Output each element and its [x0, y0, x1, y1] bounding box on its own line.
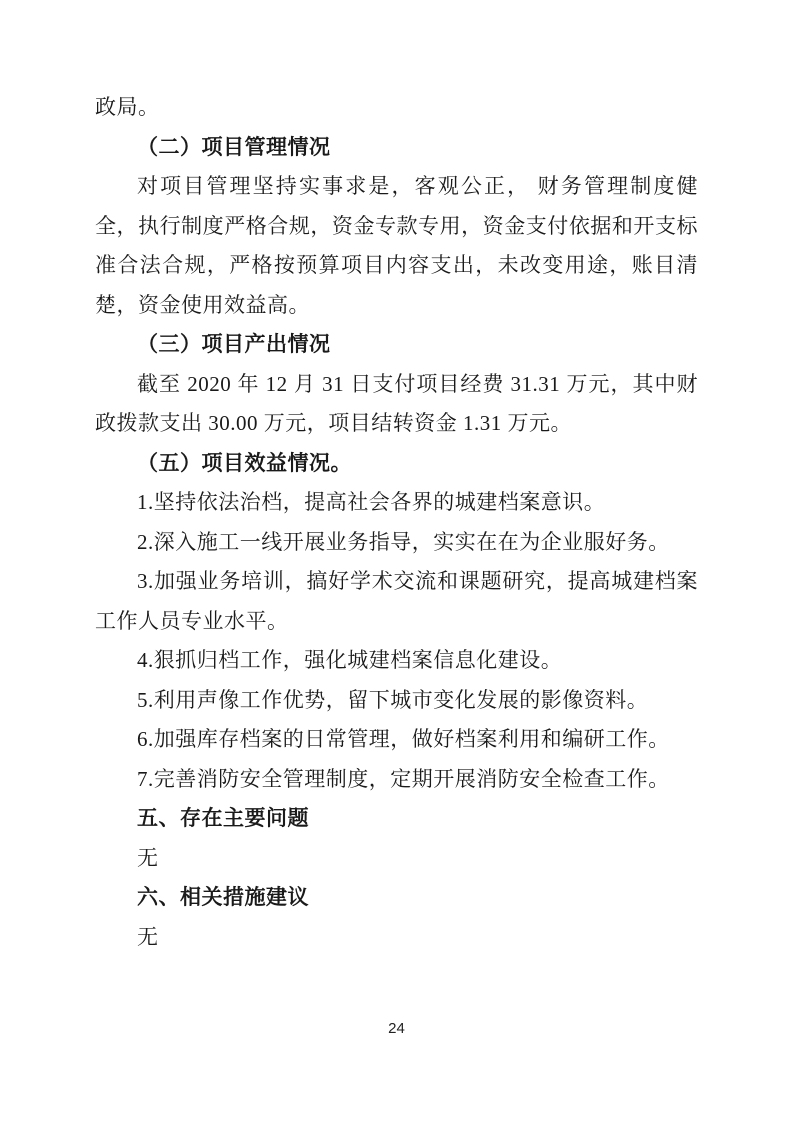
list-item: 6.加强库存档案的日常管理，做好档案利用和编研工作。 [95, 720, 698, 760]
document-page: 政局。 （二）项目管理情况 对项目管理坚持实事求是，客观公正， 财务管理制度健全… [0, 0, 793, 1122]
body-paragraph: 对项目管理坚持实事求是，客观公正， 财务管理制度健全，执行制度严格合规，资金专款… [95, 167, 698, 325]
section-heading: 五、存在主要问题 [95, 799, 698, 839]
list-item: 7.完善消防安全管理制度，定期开展消防安全检查工作。 [95, 760, 698, 800]
answer-text: 无 [95, 918, 698, 958]
section-heading: 六、相关措施建议 [95, 878, 698, 918]
list-item: 2.深入施工一线开展业务指导，实实在在为企业服好务。 [95, 523, 698, 563]
subsection-heading: （三）项目产出情况 [95, 325, 698, 365]
body-paragraph: 截至 2020 年 12 月 31 日支付项目经费 31.31 万元，其中财政拨… [95, 365, 698, 444]
answer-text: 无 [95, 839, 698, 879]
subsection-heading: （二）项目管理情况 [95, 128, 698, 168]
paragraph-continuation: 政局。 [95, 88, 698, 128]
list-item: 5.利用声像工作优势，留下城市变化发展的影像资料。 [95, 681, 698, 721]
page-content: 政局。 （二）项目管理情况 对项目管理坚持实事求是，客观公正， 财务管理制度健全… [95, 88, 698, 957]
list-item: 3.加强业务培训，搞好学术交流和课题研究，提高城建档案工作人员专业水平。 [95, 562, 698, 641]
list-item: 4.狠抓归档工作，强化城建档案信息化建设。 [95, 641, 698, 681]
list-item: 1.坚持依法治档，提高社会各界的城建档案意识。 [95, 483, 698, 523]
subsection-heading: （五）项目效益情况。 [95, 444, 698, 484]
page-number: 24 [0, 1020, 793, 1037]
